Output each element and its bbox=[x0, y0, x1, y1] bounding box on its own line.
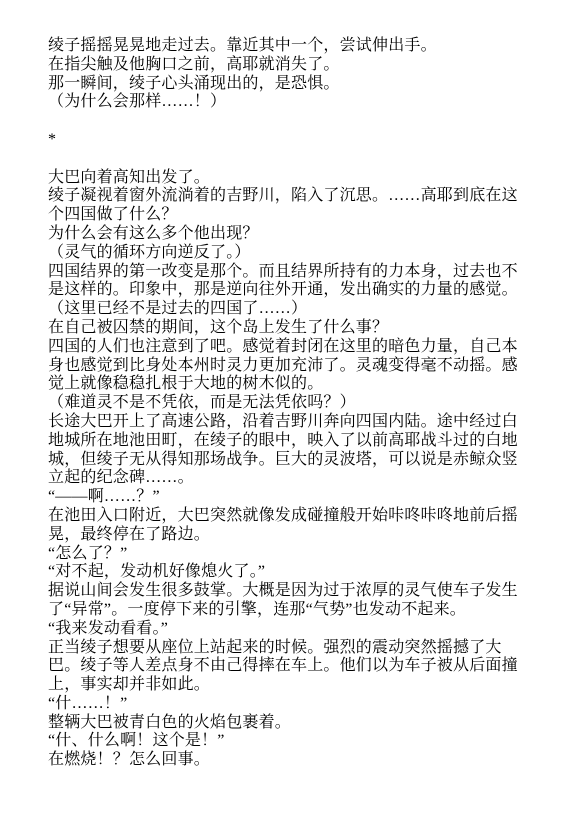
text-line: “——啊……？” bbox=[48, 488, 543, 507]
text-line: “什……！” bbox=[48, 695, 543, 714]
text-line: “什、什么啊！这个是！” bbox=[48, 732, 543, 751]
text-line: 晃，最终停在了路边。 bbox=[48, 526, 543, 545]
text-line: （为什么会那样……！） bbox=[48, 93, 543, 112]
text-line bbox=[48, 150, 543, 169]
text-line: “我来发动看看。” bbox=[48, 620, 543, 639]
text-line: 为什么会有这么多个他出现？ bbox=[48, 225, 543, 244]
text-line: 长途大巴开上了高速公路，沿着吉野川奔向四国内陆。途中经过白 bbox=[48, 413, 543, 432]
text-line: 绫子摇摇晃晃地走过去。靠近其中一个，尝试伸出手。 bbox=[48, 37, 543, 56]
text-line: 四国的人们也注意到了吧。感觉着封闭在这里的暗色力量，自己本 bbox=[48, 338, 543, 357]
text-line: 了“异常”。一度停下来的引擎，连那“气势”也发动不起来。 bbox=[48, 601, 543, 620]
text-line: 大巴向着高知出发了。 bbox=[48, 169, 543, 188]
section-divider: * bbox=[48, 131, 543, 150]
text-line: 地城所在地池田町，在绫子的眼中，映入了以前高耶战斗过的白地 bbox=[48, 432, 543, 451]
text-line: 在指尖触及他胸口之前，高耶就消失了。 bbox=[48, 56, 543, 75]
text-line: “怎么了？” bbox=[48, 545, 543, 564]
text-line: （这里已经不是过去的四国了……） bbox=[48, 300, 543, 319]
text-line: 巴。绫子等人差点身不由己得摔在车上。他们以为车子被从后面撞 bbox=[48, 657, 543, 676]
novel-text-body: 绫子摇摇晃晃地走过去。靠近其中一个，尝试伸出手。在指尖触及他胸口之前，高耶就消失… bbox=[48, 37, 543, 770]
text-line: 身也感觉到比身处本州时灵力更加充沛了。灵魂变得毫不动摇。感 bbox=[48, 357, 543, 376]
text-line: 四国结界的第一改变是那个。而且结界所持有的力本身，过去也不 bbox=[48, 263, 543, 282]
text-line: 是这样的。印象中，那是逆向往外开通，发出确实的力量的感觉。 bbox=[48, 281, 543, 300]
text-line: 觉上就像稳稳扎根于大地的树木似的。 bbox=[48, 375, 543, 394]
text-line: 整辆大巴被青白色的火焰包裹着。 bbox=[48, 714, 543, 733]
document-page: 绫子摇摇晃晃地走过去。靠近其中一个，尝试伸出手。在指尖触及他胸口之前，高耶就消失… bbox=[0, 0, 583, 828]
text-line: （难道灵不是不凭依，而是无法凭依吗？） bbox=[48, 394, 543, 413]
text-line: 在池田入口附近，大巴突然就像发成碰撞般开始咔咚咔咚地前后摇 bbox=[48, 507, 543, 526]
text-line: “对不起，发动机好像熄火了。” bbox=[48, 563, 543, 582]
text-line: 城，但绫子无从得知那场战争。巨大的灵波塔，可以说是赤鲸众竖 bbox=[48, 451, 543, 470]
text-line: 立起的纪念碑……。 bbox=[48, 469, 543, 488]
text-line: 据说山间会发生很多鼓掌。大概是因为过于浓厚的灵气使车子发生 bbox=[48, 582, 543, 601]
text-line: 个四国做了什么？ bbox=[48, 206, 543, 225]
text-line: 绫子凝视着窗外流淌着的吉野川，陷入了沉思。……高耶到底在这 bbox=[48, 187, 543, 206]
text-line: 上，事实却并非如此。 bbox=[48, 676, 543, 695]
text-line: 在燃烧！？怎么回事。 bbox=[48, 751, 543, 770]
text-line: 那一瞬间，绫子心头涌现出的，是恐惧。 bbox=[48, 75, 543, 94]
text-line: （灵气的循环方向逆反了。） bbox=[48, 244, 543, 263]
text-line: 正当绫子想要从座位上站起来的时候。强烈的震动突然摇撼了大 bbox=[48, 639, 543, 658]
text-line: 在自己被囚禁的期间，这个岛上发生了什么事？ bbox=[48, 319, 543, 338]
text-line bbox=[48, 112, 543, 131]
